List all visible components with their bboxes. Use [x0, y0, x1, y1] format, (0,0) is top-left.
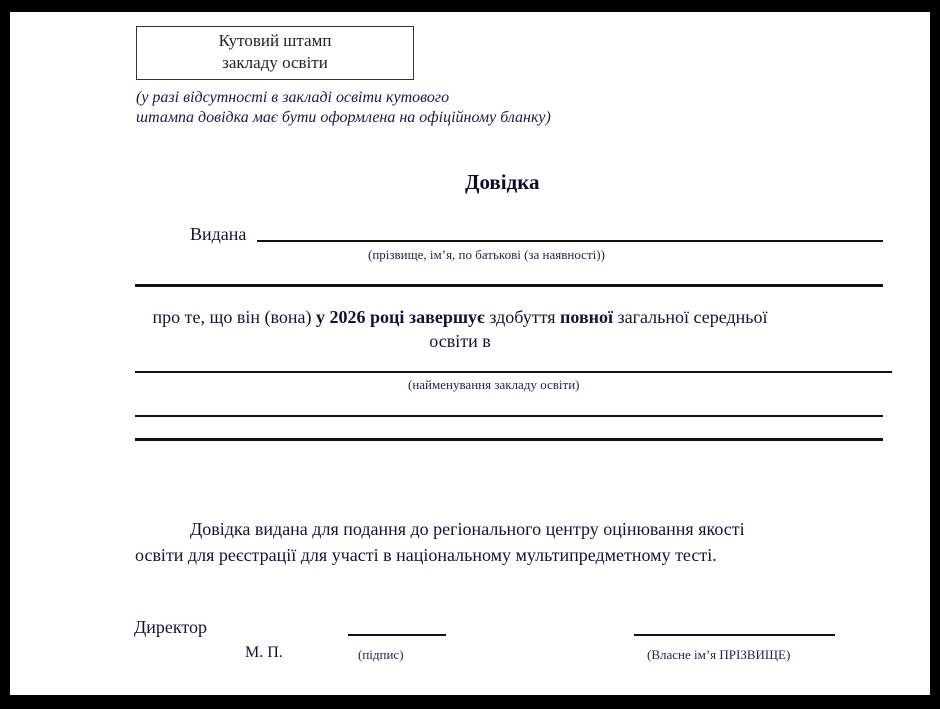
- issued-name-field-cont[interactable]: [135, 284, 883, 287]
- institution-field[interactable]: [135, 371, 892, 373]
- issued-name-field[interactable]: [257, 240, 883, 242]
- director-name-hint: (Власне ім’я ПРІЗВИЩЕ): [647, 647, 790, 663]
- institution-field-line-2[interactable]: [135, 415, 883, 417]
- purpose-text: Довідка видана для подання до регіональн…: [135, 516, 745, 568]
- statement-line-2: освіти в: [10, 329, 910, 353]
- signature-field[interactable]: [348, 634, 446, 636]
- institution-field-line-3[interactable]: [135, 438, 883, 441]
- document-title: Довідка: [465, 170, 540, 195]
- seal-label: М. П.: [245, 644, 283, 662]
- institution-hint: (найменування закладу освіти): [408, 377, 580, 393]
- stamp-note: (у разі відсутності в закладі освіти кут…: [136, 88, 551, 128]
- purpose-line-1: Довідка видана для подання до регіональн…: [135, 516, 745, 542]
- signature-hint: (підпис): [358, 647, 404, 663]
- stamp-note-line-2: штампа довідка має бути оформлена на офі…: [136, 108, 551, 128]
- stamp-note-line-1: (у разі відсутності в закладі освіти кут…: [136, 88, 551, 108]
- director-label: Директор: [134, 617, 207, 638]
- issued-name-hint: (прізвище, ім’я, по батькові (за наявнос…: [368, 247, 605, 263]
- purpose-line-2: освіти для реєстрації для участі в націо…: [135, 542, 745, 568]
- issued-label: Видана: [190, 224, 246, 245]
- corner-stamp-box: Кутовий штамп закладу освіти: [136, 26, 414, 80]
- stamp-line-2: закладу освіти: [137, 52, 413, 74]
- statement-line-1: про те, що він (вона) у 2026 році заверш…: [10, 305, 910, 329]
- certificate-page: Кутовий штамп закладу освіти (у разі від…: [10, 12, 930, 695]
- stamp-line-1: Кутовий штамп: [137, 30, 413, 52]
- director-name-field[interactable]: [634, 634, 835, 636]
- statement-text: про те, що він (вона) у 2026 році заверш…: [10, 305, 910, 353]
